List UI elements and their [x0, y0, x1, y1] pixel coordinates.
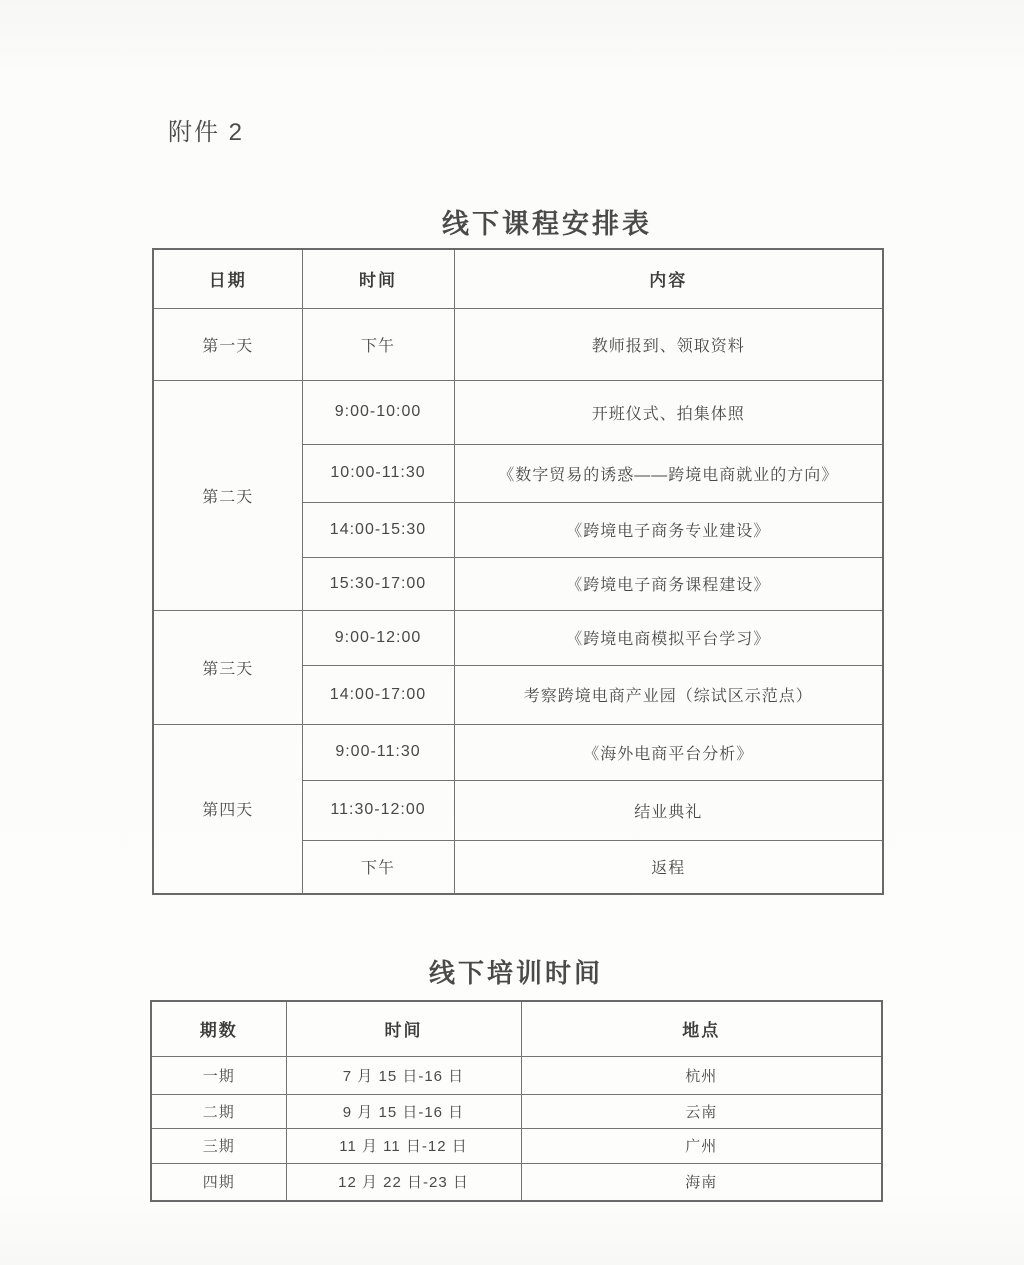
header-time: 时间	[286, 1001, 521, 1056]
time-cell: 9:00-12:00	[302, 610, 454, 665]
content-cell: 开班仪式、拍集体照	[454, 380, 883, 444]
day-cell: 第二天	[153, 380, 302, 610]
header-content: 内容	[454, 249, 883, 308]
time-cell: 14:00-17:00	[302, 665, 454, 724]
phase-cell: 一期	[151, 1056, 286, 1094]
table-row: 二期 9 月 15 日-16 日 云南	[151, 1094, 882, 1128]
time-cell: 11 月 11 日-12 日	[286, 1128, 521, 1163]
day-cell: 第四天	[153, 724, 302, 894]
location-cell: 海南	[521, 1163, 882, 1201]
time-cell: 9 月 15 日-16 日	[286, 1094, 521, 1128]
time-cell: 7 月 15 日-16 日	[286, 1056, 521, 1094]
time-cell: 11:30-12:00	[302, 780, 454, 840]
time-cell: 下午	[302, 840, 454, 894]
header-location: 地点	[521, 1001, 882, 1056]
course-table-title: 线下课程安排表	[182, 202, 912, 241]
time-cell: 下午	[302, 308, 454, 380]
table-row: 四期 12 月 22 日-23 日 海南	[151, 1163, 882, 1201]
phase-table-header-row: 期数 时间 地点	[151, 1001, 882, 1056]
header-time: 时间	[302, 249, 454, 308]
time-cell: 10:00-11:30	[302, 444, 454, 502]
location-cell: 杭州	[521, 1056, 882, 1094]
location-cell: 云南	[521, 1094, 882, 1128]
header-date: 日期	[153, 249, 302, 308]
table-row: 第一天 下午 教师报到、领取资料	[153, 308, 883, 380]
attachment-label: 附件 2	[168, 112, 244, 147]
table-row: 一期 7 月 15 日-16 日 杭州	[151, 1056, 882, 1094]
table-row: 第四天 9:00-11:30 《海外电商平台分析》	[153, 724, 883, 780]
content-cell: 《数字贸易的诱惑——跨境电商就业的方向》	[454, 444, 883, 502]
phase-table-title: 线下培训时间	[150, 953, 882, 990]
content-cell: 教师报到、领取资料	[454, 308, 883, 380]
day-cell: 第一天	[153, 308, 302, 380]
content-cell: 结业典礼	[454, 780, 883, 840]
time-cell: 12 月 22 日-23 日	[286, 1163, 521, 1201]
phase-cell: 二期	[151, 1094, 286, 1128]
course-schedule-table: 日期 时间 内容 第一天 下午 教师报到、领取资料 第二天 9:00-10:00…	[152, 248, 884, 895]
time-cell: 14:00-15:30	[302, 502, 454, 557]
content-cell: 《海外电商平台分析》	[454, 724, 883, 780]
time-cell: 9:00-10:00	[302, 380, 454, 444]
content-cell: 返程	[454, 840, 883, 894]
course-table-header-row: 日期 时间 内容	[153, 249, 883, 308]
location-cell: 广州	[521, 1128, 882, 1163]
header-phase: 期数	[151, 1001, 286, 1056]
time-cell: 15:30-17:00	[302, 557, 454, 610]
content-cell: 《跨境电子商务专业建设》	[454, 502, 883, 557]
content-cell: 《跨境电子商务课程建设》	[454, 557, 883, 610]
scanned-document-page: 附件 2 线下课程安排表 日期 时间 内容 第一天 下午 教师报到、领取资料 第…	[0, 0, 1024, 1265]
content-cell: 《跨境电商模拟平台学习》	[454, 610, 883, 665]
table-row: 第二天 9:00-10:00 开班仪式、拍集体照	[153, 380, 883, 444]
training-time-table: 期数 时间 地点 一期 7 月 15 日-16 日 杭州 二期 9 月 15 日…	[150, 1000, 883, 1202]
table-row: 三期 11 月 11 日-12 日 广州	[151, 1128, 882, 1163]
day-cell: 第三天	[153, 610, 302, 724]
phase-cell: 三期	[151, 1128, 286, 1163]
content-cell: 考察跨境电商产业园（综试区示范点）	[454, 665, 883, 724]
phase-cell: 四期	[151, 1163, 286, 1201]
table-row: 第三天 9:00-12:00 《跨境电商模拟平台学习》	[153, 610, 883, 665]
time-cell: 9:00-11:30	[302, 724, 454, 780]
